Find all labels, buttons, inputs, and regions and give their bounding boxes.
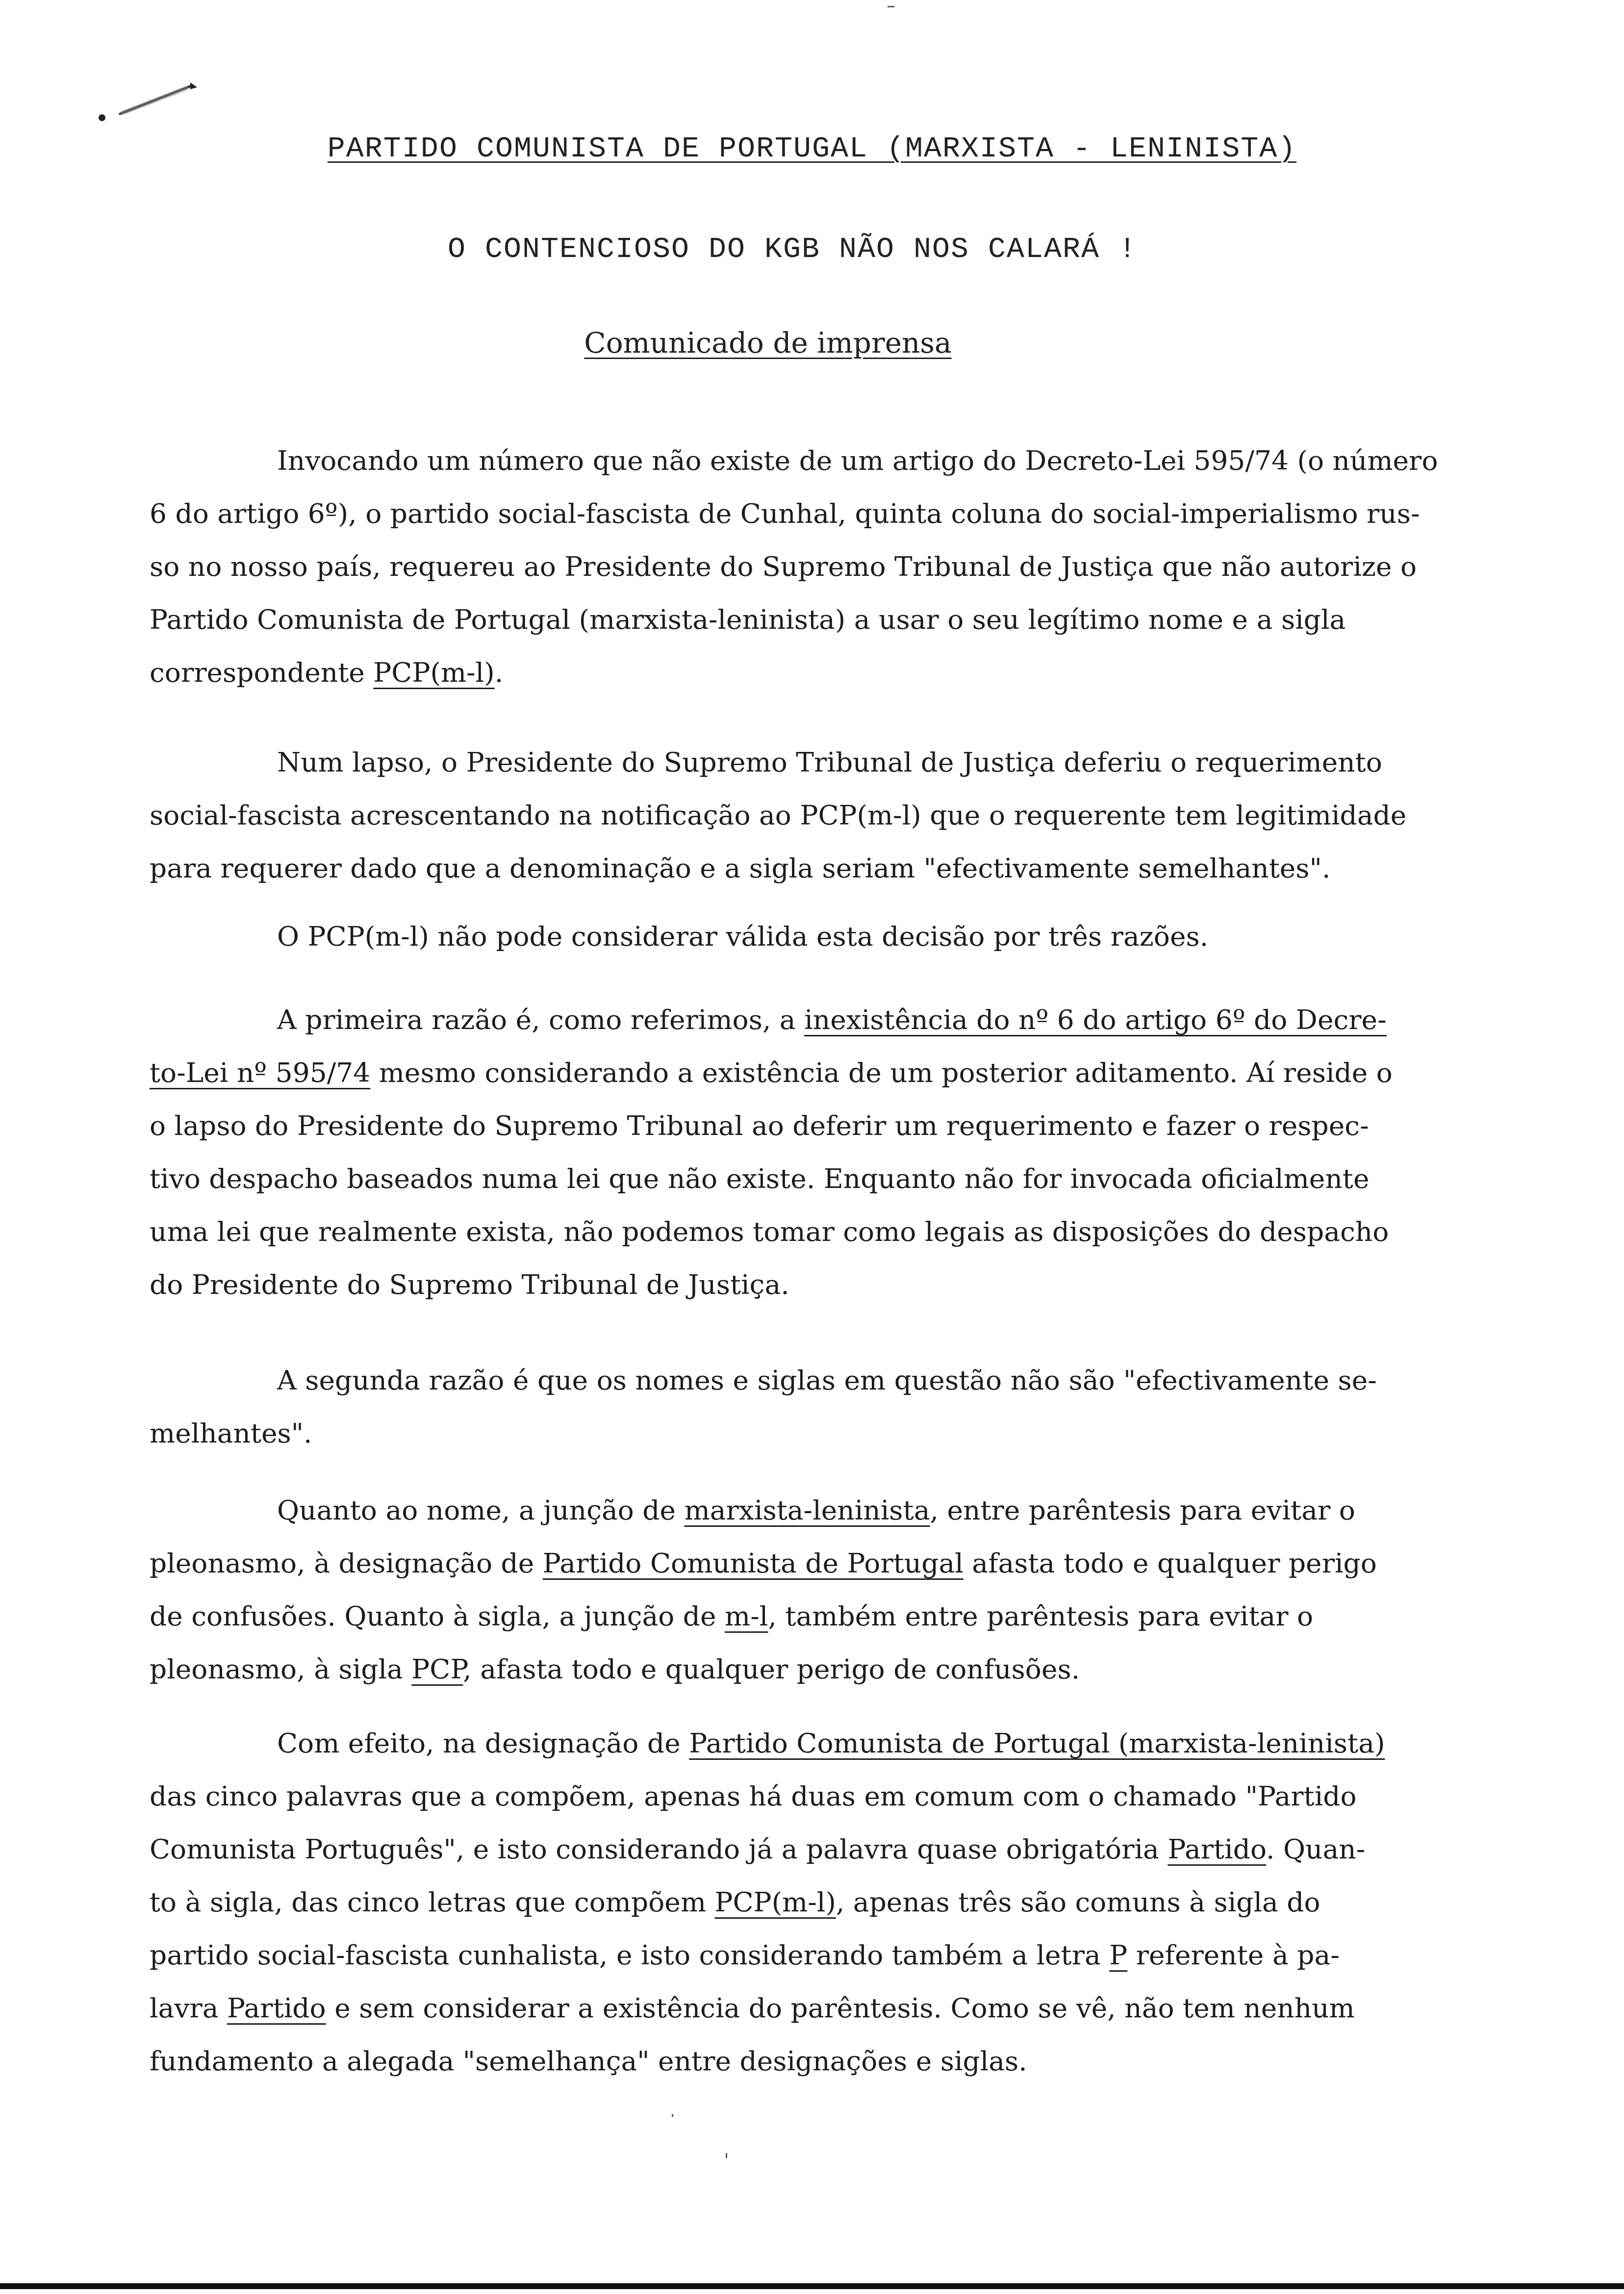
paragraph-2: Num lapso, o Presidente do Supremo Tribu… — [150, 736, 1513, 895]
text-line: pleonasmo, à sigla PCP, afasta todo e qu… — [150, 1643, 1513, 1696]
text-line: para requerer dado que a denominação e a… — [150, 842, 1513, 895]
text-line: to à sigla, das cinco letras que compõem… — [150, 1876, 1513, 1929]
scan-speck — [672, 2114, 673, 2117]
text-line: tivo despacho baseados numa lei que não … — [150, 1152, 1513, 1205]
text-line: do Presidente do Supremo Tribunal de Jus… — [150, 1258, 1513, 1311]
underlined-phrase: Partido Comunista de Portugal — [543, 1547, 964, 1579]
text-line: A primeira razão é, como referimos, a in… — [150, 993, 1513, 1046]
text-line: de confusões. Quanto à sigla, a junção d… — [150, 1590, 1513, 1643]
underlined-phrase: PCP(m-l) — [715, 1886, 836, 1918]
text-line: O PCP(m-l) não pode considerar válida es… — [150, 910, 1513, 963]
text-line: Partido Comunista de Portugal (marxista-… — [150, 593, 1513, 646]
text-line: uma lei que realmente exista, não podemo… — [150, 1205, 1513, 1258]
text-line: o lapso do Presidente do Supremo Tribuna… — [150, 1099, 1513, 1152]
text-line: A segunda razão é que os nomes e siglas … — [150, 1354, 1513, 1407]
underlined-phrase: inexistência do nº 6 do artigo 6º do Dec… — [804, 1004, 1387, 1035]
paragraph-5: A segunda razão é que os nomes e siglas … — [150, 1354, 1513, 1460]
text-line: 6 do artigo 6º), o partido social-fascis… — [150, 487, 1513, 540]
scan-speck — [726, 2153, 727, 2158]
underlined-phrase: Partido — [1167, 1833, 1266, 1865]
text-line: fundamento a alegada "semelhança" entre … — [150, 2035, 1513, 2088]
text-line: to-Lei nº 595/74 mesmo considerando a ex… — [150, 1046, 1513, 1099]
text-line: correspondente PCP(m-l). — [150, 646, 1513, 699]
text-line: so no nosso país, requereu ao Presidente… — [150, 540, 1513, 593]
text-line: Comunista Português", e isto considerand… — [150, 1823, 1513, 1876]
text-line: partido social-fascista cunhalista, e is… — [150, 1929, 1513, 1982]
underlined-phrase: PCP — [411, 1653, 463, 1685]
headline: O CONTENCIOSO DO KGB NÃO NOS CALARÁ ! — [0, 233, 1604, 266]
underlined-phrase: m-l — [725, 1600, 768, 1632]
pen-stroke-mark-icon — [93, 78, 206, 123]
page-bottom-edge — [0, 2283, 1624, 2289]
paragraph-3: O PCP(m-l) não pode considerar válida es… — [150, 910, 1513, 963]
text-line: melhantes". — [150, 1407, 1513, 1460]
document-page: PARTIDO COMUNISTA DE PORTUGAL (MARXISTA … — [0, 0, 1624, 2294]
underlined-phrase: Partido Comunista de Portugal (marxista-… — [689, 1727, 1385, 1759]
scan-speck — [888, 6, 894, 7]
paragraph-6: Quanto ao nome, a junção de marxista-len… — [150, 1484, 1513, 1696]
paragraph-7: Com efeito, na designação de Partido Com… — [150, 1717, 1513, 2088]
underlined-phrase: marxista-leninista — [685, 1495, 930, 1526]
paragraph-4: A primeira razão é, como referimos, a in… — [150, 993, 1513, 1311]
paragraph-1: Invocando um número que não existe de um… — [150, 434, 1513, 699]
party-name-header: PARTIDO COMUNISTA DE PORTUGAL (MARXISTA … — [0, 132, 1624, 166]
text-line: social-fascista acrescentando na notific… — [150, 789, 1513, 842]
text-line: Invocando um número que não existe de um… — [150, 434, 1513, 487]
text-line: lavra Partido e sem considerar a existên… — [150, 1982, 1513, 2035]
text-line: das cinco palavras que a compõem, apenas… — [150, 1770, 1513, 1823]
text-line: Com efeito, na designação de Partido Com… — [150, 1717, 1513, 1770]
text-line: Num lapso, o Presidente do Supremo Tribu… — [150, 736, 1513, 789]
text-line: Quanto ao nome, a junção de marxista-len… — [150, 1484, 1513, 1537]
underlined-phrase: to-Lei nº 595/74 — [150, 1057, 370, 1088]
text-line: pleonasmo, à designação de Partido Comun… — [150, 1537, 1513, 1590]
underlined-phrase: Partido — [227, 1992, 326, 2024]
subtitle: Comunicado de imprensa — [0, 326, 1580, 360]
underlined-acronym: PCP(m-l) — [373, 657, 494, 688]
underlined-phrase: P — [1109, 1939, 1127, 1971]
